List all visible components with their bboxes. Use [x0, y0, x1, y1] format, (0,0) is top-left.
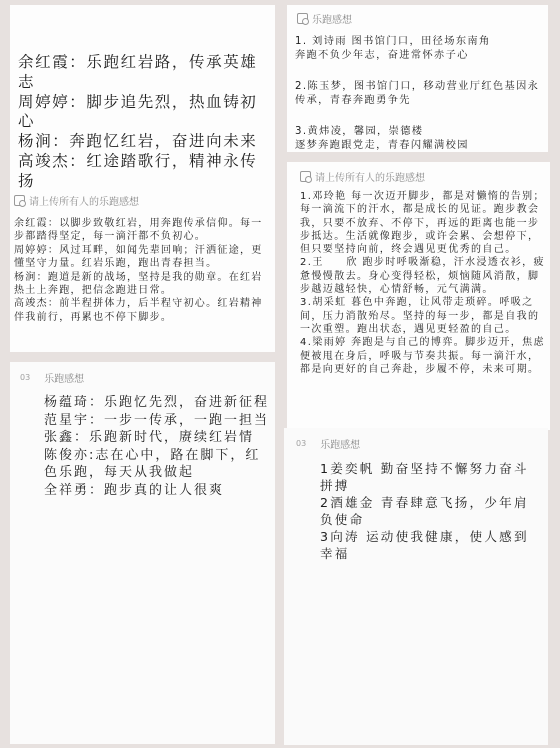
section-title: 乐跑感想 [44, 370, 84, 385]
reflection-item: 范星宇：一步一传承，一跑一担当 [44, 412, 270, 430]
reflection-item: 张鑫：乐跑新时代，赓续红岩情 [44, 429, 270, 447]
reflection-list: 余红霞：以脚步致敬红岩，用奔跑传承信仰。每一步都踏得坚定，每一滴汗都不负初心。 … [14, 217, 272, 324]
reflection-item: 杨蕴琦：乐跑忆先烈，奋进新征程 [44, 394, 270, 412]
section-header: 请上传所有人的乐跑感想 [300, 169, 425, 184]
upload-section: 请上传所有人的乐跑感想 余红霞：以脚步致敬红岩，用奔跑传承信仰。每一步都踏得坚定… [14, 193, 272, 324]
section-header: 03 乐跑感想 [296, 436, 360, 451]
reflection-item: 2酒雄金 青春肆意飞扬，少年肩负使命 [320, 494, 542, 528]
reflection-item: 1.邓玲艳 每一次迈开脚步，都是对懒惰的告别；每一滴流下的汗水，都是成长的见证。… [300, 190, 546, 256]
reflection-item: 陈俊亦:志在心中，路在脚下，红色乐跑，每天从我做起 [44, 447, 270, 482]
reflection-list: 1姜奕帆 勤奋坚持不懈努力奋斗拼搏 2酒雄金 青春肆意飞扬，少年肩负使命 3向涛… [320, 460, 542, 562]
panel-right-middle: 请上传所有人的乐跑感想 1.邓玲艳 每一次迈开脚步，都是对懒惰的告别；每一滴流下… [287, 162, 550, 430]
image-edit-icon [14, 195, 25, 206]
reflection-item: 全祥勇：跑步真的让人很爽 [44, 482, 270, 500]
section-number: 03 [20, 373, 30, 382]
reflection-item: 4.梁雨婷 奔跑是与自己的博弈。脚步迈开，焦虑便被甩在身后，呼吸与节奏共振。每一… [300, 336, 546, 376]
reflection-item: 1姜奕帆 勤奋坚持不懈努力奋斗拼搏 [320, 460, 542, 494]
section-title: 乐跑感想 [312, 11, 352, 26]
reflection-item: 3.胡采虹 暮色中奔跑，让风带走琐碎。呼吸之间，压力消散殆尽。坚持的每一步，都是… [300, 296, 546, 336]
reflection-item: 周婷婷：风过耳畔，如闻先辈回响；汗洒征途，更懂坚守力量。红岩乐跑，跑出青春担当。 [14, 244, 272, 271]
reflection-item: 2.王 欣 跑步时呼吸渐稳，汗水浸透衣衫，疲惫慢慢散去。身心变得轻松，烦恼随风消… [300, 256, 546, 296]
section-title: 请上传所有人的乐跑感想 [29, 193, 139, 208]
panel-right-bottom: 03 乐跑感想 1姜奕帆 勤奋坚持不懈努力奋斗拼搏 2酒雄金 青春肆意飞扬，少年… [284, 428, 548, 745]
section-header: 03 乐跑感想 [20, 370, 84, 385]
slogan-line: 周婷婷：脚步追先烈，热血铸初心 [18, 93, 273, 133]
section-title: 乐跑感想 [320, 436, 360, 451]
reflection-item: 高竣杰：前半程拼体力，后半程守初心。红岩精神伴我前行，再累也不停下脚步。 [14, 297, 272, 324]
section-title: 请上传所有人的乐跑感想 [315, 169, 425, 184]
panel-right-top: 乐跑感想 1. 刘诗雨 图书馆门口，田径场东南角 奔跑不负少年志，奋进常怀赤子心… [287, 5, 548, 152]
reflection-item: 2.陈玉梦，图书馆门口，移动营业厅红色基因永传承，青春奔跑勇争先 [295, 80, 547, 109]
slogan-list: 余红霞：乐跑红岩路，传承英雄志 周婷婷：脚步追先烈，热血铸初心 杨涧：奔跑忆红岩… [18, 53, 273, 192]
reflection-item: 余红霞：以脚步致敬红岩，用奔跑传承信仰。每一步都踏得坚定，每一滴汗都不负初心。 [14, 217, 272, 244]
reflection-item: 1. 刘诗雨 图书馆门口，田径场东南角 [295, 35, 547, 49]
reflection-item: 逐梦奔跑跟党走，青春闪耀满校园 [295, 139, 547, 153]
reflection-item: 奔跑不负少年志，奋进常怀赤子心 [295, 49, 547, 63]
reflection-list: 杨蕴琦：乐跑忆先烈，奋进新征程 范星宇：一步一传承，一跑一担当 张鑫：乐跑新时代… [44, 394, 270, 500]
slogan-line: 高竣杰：红途踏歌行，精神永传扬 [18, 152, 273, 192]
panel-left-top: 余红霞：乐跑红岩路，传承英雄志 周婷婷：脚步追先烈，热血铸初心 杨涧：奔跑忆红岩… [10, 5, 275, 352]
slogan-line: 余红霞：乐跑红岩路，传承英雄志 [18, 53, 273, 93]
slogan-line: 杨涧：奔跑忆红岩，奋进向未来 [18, 132, 273, 152]
section-header: 乐跑感想 [297, 11, 352, 26]
panel-left-bottom: 03 乐跑感想 杨蕴琦：乐跑忆先烈，奋进新征程 范星宇：一步一传承，一跑一担当 … [10, 362, 275, 744]
reflection-item: 杨涧：跑道是新的战场，坚持是我的勋章。在红岩热土上奔跑，把信念跑进日常。 [14, 271, 272, 298]
reflection-item: 3向涛 运动使我健康，使人感到幸福 [320, 528, 542, 562]
section-number: 03 [296, 439, 306, 448]
reflection-item: 3.黄炜凌，馨园，崇德楼 [295, 125, 547, 139]
image-edit-icon [300, 171, 311, 182]
section-header: 请上传所有人的乐跑感想 [14, 193, 272, 208]
reflection-list: 1. 刘诗雨 图书馆门口，田径场东南角 奔跑不负少年志，奋进常怀赤子心 2.陈玉… [295, 35, 547, 153]
image-edit-icon [297, 13, 308, 24]
reflection-list: 1.邓玲艳 每一次迈开脚步，都是对懒惰的告别；每一滴流下的汗水，都是成长的见证。… [300, 190, 546, 376]
